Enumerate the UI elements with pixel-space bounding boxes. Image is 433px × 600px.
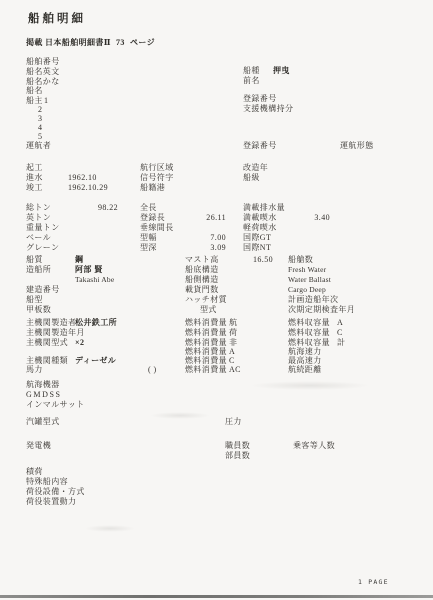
officer-count-label: 職員数 xyxy=(225,441,250,450)
boiler-type-label: 汽罐型式 xyxy=(26,417,60,426)
nav-equipment-label: 航海機器 xyxy=(26,380,60,389)
engine-kind-value: ディーゼル xyxy=(75,356,116,365)
scan-artifact xyxy=(250,381,370,390)
builder-value: 阿部 賢 xyxy=(75,265,103,274)
depth-value: 3.09 xyxy=(183,243,226,252)
owner-index-4: 4 xyxy=(38,123,42,132)
fuel-capacity-label-2: 燃料収容量 xyxy=(288,328,330,337)
scan-artifact xyxy=(150,412,210,419)
ship-type-label: 船種 xyxy=(243,66,260,75)
hold-count-label: 船艙数 xyxy=(288,255,313,264)
launched-value: 1962.10 xyxy=(68,173,97,182)
fuel-consumption-label-3: 燃料消費量 xyxy=(185,338,227,347)
ship-number-label: 船舶番号 xyxy=(26,57,60,66)
engine-maker-value: 松井鉄工所 xyxy=(75,318,117,327)
engine-power-label: 馬力 xyxy=(26,365,43,374)
page-title: 船舶明細 xyxy=(28,15,86,24)
gmdss-label: GMDSS xyxy=(26,390,62,399)
fuel-consumption-label-1: 燃料消費量 xyxy=(185,318,227,327)
max-speed-label: 最高速力 xyxy=(288,356,322,365)
engine-kind-label: 主機関種類 xyxy=(26,356,68,365)
engine-build-date-label: 主機関製造年月 xyxy=(26,328,85,337)
ship-name-en-label: 船名英文 xyxy=(26,67,60,76)
publication-page-unit: ページ xyxy=(130,38,155,47)
scan-artifact xyxy=(85,525,135,532)
full-draft-value: 3.40 xyxy=(285,213,330,222)
special-ship-label: 特殊船内容 xyxy=(26,477,68,486)
next-survey-label: 次期定期検査年月 xyxy=(288,305,355,314)
publication-page-number: 73 xyxy=(116,38,125,47)
engine-maker-label: 主機関製造者 xyxy=(26,318,76,327)
depth-label: 型深 xyxy=(140,243,157,252)
generator-label: 発電機 xyxy=(26,441,51,450)
fuel-consumption-suffix-3: 非 xyxy=(229,338,237,347)
fuel-capacity-label-1: 燃料収容量 xyxy=(288,318,330,327)
page-number-footer: 1 PAGE xyxy=(358,578,389,587)
fuel-consumption-suffix-1: 航 xyxy=(229,318,237,327)
breadth-value: 7.00 xyxy=(183,233,226,242)
water-ballast-label: Water Ballast xyxy=(288,275,331,284)
inmarsat-label: インマルサット xyxy=(26,400,85,409)
publication-book: 日本船舶明細書Ⅱ xyxy=(45,38,111,47)
fresh-water-label: Fresh Water xyxy=(288,265,326,274)
fuel-consumption-suffix-2: 荷 xyxy=(229,328,237,337)
registry-number2-label: 登録番号 xyxy=(243,141,277,150)
intl-gt-label: 国際GT xyxy=(243,233,271,242)
fuel-consumption-label-2: 燃料消費量 xyxy=(185,328,227,337)
registry-number-label: 登録番号 xyxy=(243,94,277,103)
owner-label: 船主 xyxy=(26,96,43,105)
cargo-door-label: 載貨門数 xyxy=(185,285,219,294)
fuel-consumption-label-5: 燃料消費量 xyxy=(185,356,227,365)
handling-equipment-label: 荷役設備・方式 xyxy=(26,487,85,496)
launched-label: 進水 xyxy=(26,173,43,182)
bale-label: ベール xyxy=(26,233,51,242)
owner-index-2: 2 xyxy=(38,105,42,114)
hull-material-value: 鋼 xyxy=(75,255,83,264)
fuel-consumption-suffix-4: A xyxy=(229,347,235,356)
hatch-type-label: 型式 xyxy=(200,305,217,314)
completed-label: 竣工 xyxy=(26,183,43,192)
registry-port-label: 船籍港 xyxy=(140,183,165,192)
grain-label: グレーン xyxy=(26,243,59,252)
support-org-share-label: 支援機構持分 xyxy=(243,104,293,113)
rebuilt-year-label: 改造年 xyxy=(243,163,268,172)
builder-value-en: Takashi Abe xyxy=(75,275,114,284)
deadweight-label: 重量トン xyxy=(26,223,60,232)
owner-index-3: 3 xyxy=(38,114,42,123)
builder-label: 造船所 xyxy=(26,265,51,274)
intl-nt-label: 国際NT xyxy=(243,243,271,252)
ship-class-label: 船級 xyxy=(243,173,260,182)
cargo-label: 積荷 xyxy=(26,467,43,476)
pressure-label: 圧力 xyxy=(225,417,242,426)
engine-model-value: ×2 xyxy=(75,338,84,347)
light-draft-label: 軽荷喫水 xyxy=(243,223,277,232)
mast-height-value: 16.50 xyxy=(228,255,273,264)
fuel-consumption-label-4: 燃料消費量 xyxy=(185,347,227,356)
registered-length-label: 登録長 xyxy=(140,213,165,222)
mast-height-label: マスト高 xyxy=(185,255,219,264)
fuel-capacity-suffix-2: C xyxy=(337,328,343,337)
gross-tonnage-label: 総トン xyxy=(26,203,51,212)
fuel-consumption-suffix-5: C xyxy=(229,356,235,365)
keel-laid-label: 起工 xyxy=(26,163,43,172)
cruising-range-label: 航続距離 xyxy=(288,365,322,374)
cargo-deep-label: Cargo Deep xyxy=(288,285,326,294)
fuel-capacity-label-3: 燃料収容量 xyxy=(288,338,330,347)
scan-bottom-edge xyxy=(0,595,433,598)
full-displacement-label: 満載排水量 xyxy=(243,203,285,212)
build-number-label: 建造番号 xyxy=(26,285,60,294)
hull-material-label: 船質 xyxy=(26,255,43,264)
ship-type-value: 押曳 xyxy=(273,66,290,75)
fuel-consumption-label-6: 燃料消費量 xyxy=(185,365,227,374)
british-tonnage-label: 英トン xyxy=(26,213,51,222)
publication-label: 掲載 xyxy=(26,38,43,47)
full-draft-label: 満載喫水 xyxy=(243,213,277,222)
ship-particulars-document: 船舶明細 掲載 日本船舶明細書Ⅱ 73 ページ 船舶番号 船名英文 船名かな 船… xyxy=(0,0,433,600)
ship-form-label: 船型 xyxy=(26,295,43,304)
planned-year-label: 計画造船年次 xyxy=(288,295,338,304)
ship-name-label: 船名 xyxy=(26,86,43,95)
handling-power-label: 荷役装置動力 xyxy=(26,497,76,506)
fuel-consumption-suffix-6: AC xyxy=(229,365,241,374)
crew-count-label: 部員数 xyxy=(225,451,250,460)
breadth-label: 型幅 xyxy=(140,233,157,242)
fuel-capacity-suffix-3: 計 xyxy=(337,338,345,347)
gross-tonnage-value: 98.22 xyxy=(68,203,118,212)
call-sign-label: 信号符字 xyxy=(140,173,174,182)
deck-count-label: 甲板数 xyxy=(26,305,51,314)
owner-index-1: 1 xyxy=(44,96,48,105)
engine-model-label: 主機関型式 xyxy=(26,338,68,347)
lbp-label: 垂線間長 xyxy=(140,223,174,232)
bottom-structure-label: 船底構造 xyxy=(185,265,219,274)
passenger-count-label: 乗客等人数 xyxy=(293,441,335,450)
owner-index-5: 5 xyxy=(38,132,42,141)
registered-length-value: 26.11 xyxy=(183,213,226,222)
engine-power-value: ( ) xyxy=(148,365,157,374)
loa-label: 全長 xyxy=(140,203,157,212)
fuel-capacity-suffix-1: A xyxy=(337,318,343,327)
nav-area-label: 航行区域 xyxy=(140,163,174,172)
operation-mode-label: 運航形態 xyxy=(340,141,374,150)
completed-value: 1962.10.29 xyxy=(68,183,108,192)
sea-speed-label: 航海速力 xyxy=(288,347,322,356)
hatch-material-label: ハッチ材質 xyxy=(185,295,227,304)
operator-label: 運航者 xyxy=(26,141,51,150)
ship-name-kana-label: 船名かな xyxy=(26,77,60,86)
former-name-label: 前名 xyxy=(243,76,260,85)
side-structure-label: 船側構造 xyxy=(185,275,219,284)
